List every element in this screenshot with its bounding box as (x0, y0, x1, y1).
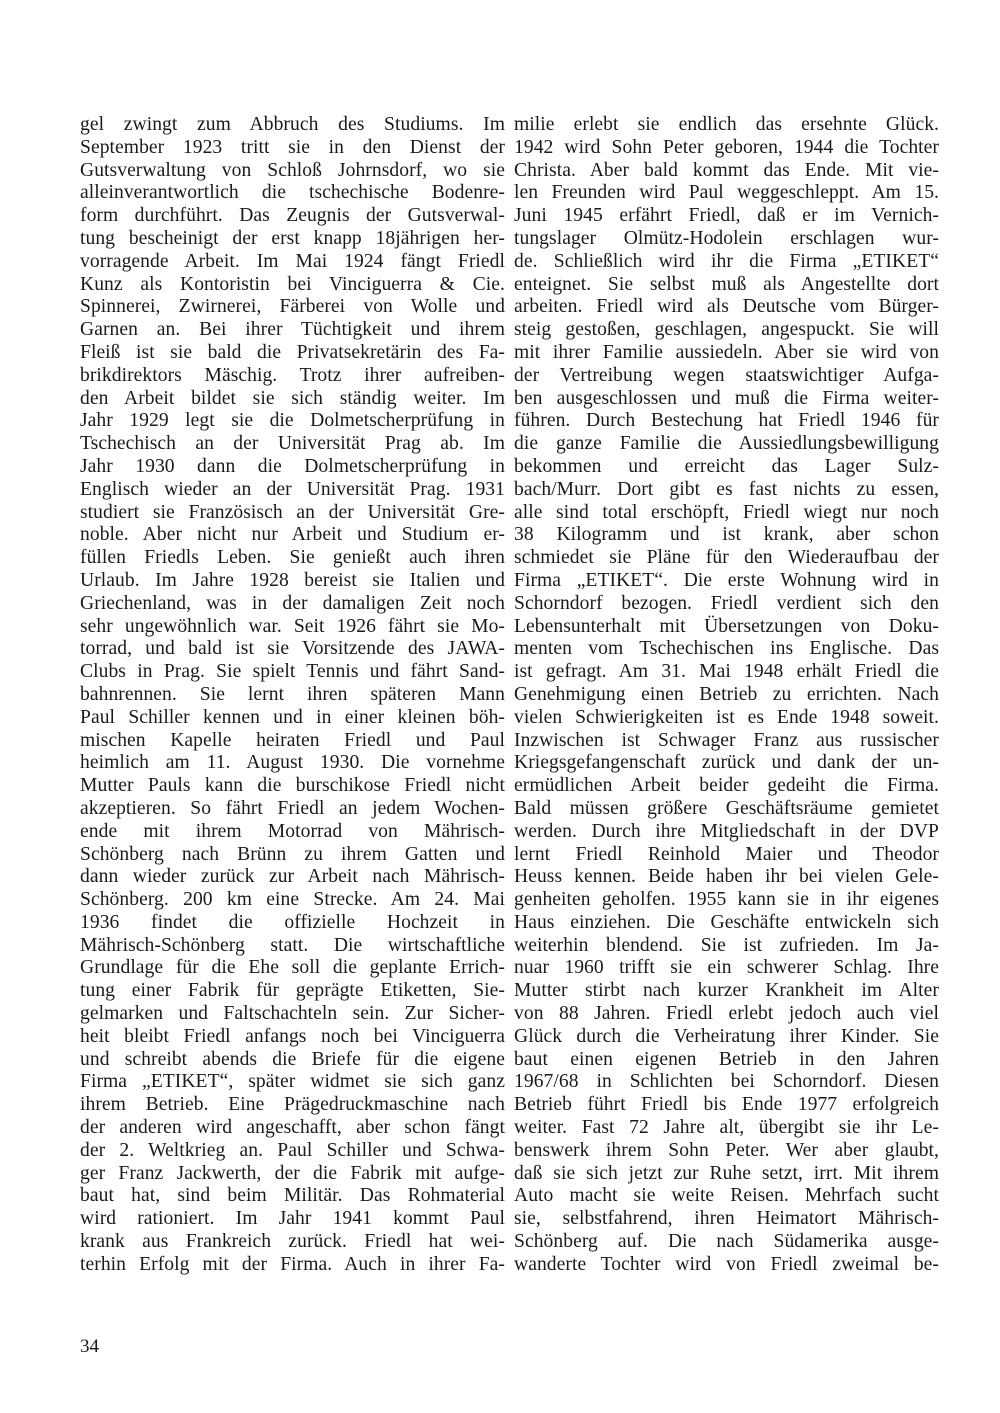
text-line: Jahr 1929 legt sie die Dolmetscherprüfun… (80, 410, 505, 433)
text-line: der anderen wird angeschafft, aber schon… (80, 1117, 505, 1140)
text-line: torrad, und bald ist sie Vorsitzende des… (80, 638, 505, 661)
text-line: von 88 Jahren. Friedl erlebt jedoch auch… (514, 1003, 939, 1026)
text-line: Fleiß ist sie bald die Privatsekretärin … (80, 342, 505, 365)
text-line: milie erlebt sie endlich das ersehnte Gl… (514, 114, 939, 137)
text-line: Lebensunterhalt mit Übersetzungen von Do… (514, 616, 939, 639)
text-line: akzeptieren. So fährt Friedl an jedem Wo… (80, 798, 505, 821)
text-line: die ganze Familie die Aussiedlungsbewill… (514, 433, 939, 456)
text-line: Mutter stirbt nach kurzer Krankheit im A… (514, 980, 939, 1003)
text-line: gel zwingt zum Abbruch des Studiums. Im (80, 114, 505, 137)
text-line: sie, selbstfahrend, ihren Heimatort Mähr… (514, 1208, 939, 1231)
text-line: sehr ungewöhnlich war. Seit 1926 fährt s… (80, 616, 505, 639)
text-line: Garnen an. Bei ihrer Tüchtigkeit und ihr… (80, 319, 505, 342)
left-text-column: gel zwingt zum Abbruch des Studiums. ImS… (80, 114, 505, 1277)
text-line: tungslager Olmütz-Hodolein erschlagen wu… (514, 228, 939, 251)
text-line: brikdirektors Mäschig. Trotz ihrer aufre… (80, 365, 505, 388)
text-line: der Vertreibung wegen staatswichtiger Au… (514, 365, 939, 388)
text-line: den Arbeit bildet sie sich ständig weite… (80, 388, 505, 411)
text-line: Firma „ETIKET“, später widmet sie sich g… (80, 1071, 505, 1094)
text-line: enteignet. Sie selbst muß als Angestellt… (514, 274, 939, 297)
text-line: dann wieder zurück zur Arbeit nach Mähri… (80, 866, 505, 889)
text-line: benswerk ihrem Sohn Peter. Wer aber glau… (514, 1140, 939, 1163)
text-line: genheiten geholfen. 1955 kann sie in ihr… (514, 889, 939, 912)
text-line: Spinnerei, Zwirnerei, Färberei von Wolle… (80, 296, 505, 319)
text-line: baut hat, sind beim Militär. Das Rohmate… (80, 1185, 505, 1208)
text-line: Betrieb führt Friedl bis Ende 1977 erfol… (514, 1094, 939, 1117)
text-line: ende mit ihrem Motorrad von Mährisch- (80, 821, 505, 844)
text-line: terhin Erfolg mit der Firma. Auch in ihr… (80, 1254, 505, 1277)
text-line: tung bescheinigt der erst knapp 18jährig… (80, 228, 505, 251)
text-line: de. Schließlich wird ihr die Firma „ETIK… (514, 251, 939, 274)
text-line: Jahr 1930 dann die Dolmetscherprüfung in (80, 456, 505, 479)
text-line: Urlaub. Im Jahre 1928 bereist sie Italie… (80, 570, 505, 593)
text-line: Juni 1945 erfährt Friedl, daß er im Vern… (514, 205, 939, 228)
right-text-column: milie erlebt sie endlich das ersehnte Gl… (514, 114, 939, 1277)
text-line: und schreibt abends die Briefe für die e… (80, 1049, 505, 1072)
text-line: form durchführt. Das Zeugnis der Gutsver… (80, 205, 505, 228)
text-line: Griechenland, was in der damaligen Zeit … (80, 593, 505, 616)
text-line: wird rationiert. Im Jahr 1941 kommt Paul (80, 1208, 505, 1231)
text-line: krank aus Frankreich zurück. Friedl hat … (80, 1231, 505, 1254)
text-line: Kriegsgefangenschaft zurück und dank der… (514, 752, 939, 775)
text-line: Inzwischen ist Schwager Franz aus russis… (514, 730, 939, 753)
text-line: tung einer Fabrik für geprägte Etiketten… (80, 980, 505, 1003)
text-line: Auto macht sie weite Reisen. Mehrfach su… (514, 1185, 939, 1208)
text-line: len Freunden wird Paul weggeschleppt. Am… (514, 182, 939, 205)
text-line: bahnrennen. Sie lernt ihren späteren Man… (80, 684, 505, 707)
text-line: noble. Aber nicht nur Arbeit und Studium… (80, 524, 505, 547)
text-line: wanderte Tochter wird von Friedl zweimal… (514, 1254, 939, 1277)
text-line: alleinverantwortlich die tschechische Bo… (80, 182, 505, 205)
text-line: vorragende Arbeit. Im Mai 1924 fängt Fri… (80, 251, 505, 274)
text-line: 1942 wird Sohn Peter geboren, 1944 die T… (514, 137, 939, 160)
text-line: weiter. Fast 72 Jahre alt, übergibt sie … (514, 1117, 939, 1140)
text-line: führen. Durch Bestechung hat Friedl 1946… (514, 410, 939, 433)
text-line: Genehmigung einen Betrieb zu errichten. … (514, 684, 939, 707)
text-line: gelmarken und Faltschachteln sein. Zur S… (80, 1003, 505, 1026)
text-line: Firma „ETIKET“. Die erste Wohnung wird i… (514, 570, 939, 593)
text-line: September 1923 tritt sie in den Dienst d… (80, 137, 505, 160)
page-number: 34 (80, 1336, 99, 1358)
text-line: füllen Friedls Leben. Sie genießt auch i… (80, 547, 505, 570)
document-page: gel zwingt zum Abbruch des Studiums. ImS… (0, 0, 1000, 1413)
text-line: Schönberg nach Brünn zu ihrem Gatten und (80, 844, 505, 867)
text-line: 38 Kilogramm und ist krank, aber schon (514, 524, 939, 547)
text-line: Paul Schiller kennen und in einer kleine… (80, 707, 505, 730)
text-line: heimlich am 11. August 1930. Die vornehm… (80, 752, 505, 775)
text-line: schmiedet sie Pläne für den Wiederaufbau… (514, 547, 939, 570)
text-line: Clubs in Prag. Sie spielt Tennis und fäh… (80, 661, 505, 684)
text-line: baut einen eigenen Betrieb in den Jahren (514, 1049, 939, 1072)
text-line: lernt Friedl Reinhold Maier und Theodor (514, 844, 939, 867)
text-line: Englisch wieder an der Universität Prag.… (80, 479, 505, 502)
text-line: arbeiten. Friedl wird als Deutsche vom B… (514, 296, 939, 319)
text-line: daß sie sich jetzt zur Ruhe setzt, irrt.… (514, 1163, 939, 1186)
text-line: steig gestoßen, geschlagen, angespuckt. … (514, 319, 939, 342)
text-line: Mährisch-Schönberg statt. Die wirtschaft… (80, 935, 505, 958)
text-line: werden. Durch ihre Mitgliedschaft in der… (514, 821, 939, 844)
text-line: bekommen und erreicht das Lager Sulz- (514, 456, 939, 479)
text-line: nuar 1960 trifft sie ein schwerer Schlag… (514, 957, 939, 980)
text-line: ben ausgeschlossen und muß die Firma wei… (514, 388, 939, 411)
text-line: Schönberg. 200 km eine Strecke. Am 24. M… (80, 889, 505, 912)
text-line: alle sind total erschöpft, Friedl wiegt … (514, 502, 939, 525)
text-line: Haus einziehen. Die Geschäfte entwickeln… (514, 912, 939, 935)
text-line: bach/Murr. Dort gibt es fast nichts zu e… (514, 479, 939, 502)
text-line: Schorndorf bezogen. Friedl verdient sich… (514, 593, 939, 616)
text-line: vielen Schwierigkeiten ist es Ende 1948 … (514, 707, 939, 730)
text-line: Mutter Pauls kann die burschikose Friedl… (80, 775, 505, 798)
text-line: Christa. Aber bald kommt das Ende. Mit v… (514, 160, 939, 183)
text-line: weiterhin blendend. Sie ist zufrieden. I… (514, 935, 939, 958)
text-line: ermüdlichen Arbeit beider gedeiht die Fi… (514, 775, 939, 798)
text-line: Tschechisch an der Universität Prag ab. … (80, 433, 505, 456)
text-line: Schönberg auf. Die nach Südamerika ausge… (514, 1231, 939, 1254)
text-line: Bald müssen größere Geschäftsräume gemie… (514, 798, 939, 821)
text-line: Heuss kennen. Beide haben ihr bei vielen… (514, 866, 939, 889)
text-line: 1967/68 in Schlichten bei Schorndorf. Di… (514, 1071, 939, 1094)
text-line: 1936 findet die offizielle Hochzeit in (80, 912, 505, 935)
text-line: Gutsverwaltung von Schloß Johrnsdorf, wo… (80, 160, 505, 183)
text-line: der 2. Weltkrieg an. Paul Schiller und S… (80, 1140, 505, 1163)
text-line: Grundlage für die Ehe soll die geplante … (80, 957, 505, 980)
text-line: menten vom Tschechischen ins Englische. … (514, 638, 939, 661)
text-line: mit ihrer Familie aussiedeln. Aber sie w… (514, 342, 939, 365)
text-line: Kunz als Kontoristin bei Vinciguerra & C… (80, 274, 505, 297)
text-line: studiert sie Französisch an der Universi… (80, 502, 505, 525)
text-line: ger Franz Jackwerth, der die Fabrik mit … (80, 1163, 505, 1186)
text-line: mischen Kapelle heiraten Friedl und Paul (80, 730, 505, 753)
text-line: ihrem Betrieb. Eine Prägedruckmaschine n… (80, 1094, 505, 1117)
text-line: heit bleibt Friedl anfangs noch bei Vinc… (80, 1026, 505, 1049)
text-line: ist gefragt. Am 31. Mai 1948 erhält Frie… (514, 661, 939, 684)
text-line: Glück durch die Verheiratung ihrer Kinde… (514, 1026, 939, 1049)
